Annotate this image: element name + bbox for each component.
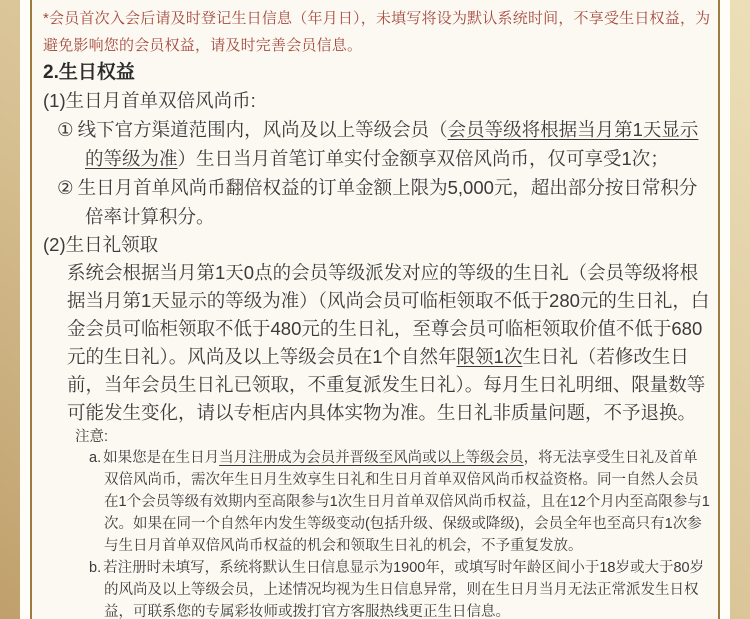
note-item-a: a.如果您是在生日月当月注册成为会员并晋级至风尚或以上等级会员，将无法享受生日礼… bbox=[75, 447, 712, 557]
section-title: 2.生日权益 bbox=[43, 59, 712, 87]
clause-2-title: (2)生日礼领取 bbox=[43, 231, 712, 259]
clause-1-items: ①线下官方渠道范围内，风尚及以上等级会员（会员等级将根据当月第1天显示的等级为准… bbox=[57, 115, 712, 231]
terms-panel: *会员首次入会后请及时登记生日信息（年月日），未填写将设为默认系统时间，不享受生… bbox=[30, 0, 720, 619]
clause-1-item-1: ①线下官方渠道范围内，风尚及以上等级会员（会员等级将根据当月第1天显示的等级为准… bbox=[57, 115, 712, 173]
notes-label: 注意: bbox=[75, 427, 712, 447]
circled-2-marker: ② bbox=[57, 177, 74, 198]
clause-1-item-2-text: 生日月首单风尚币翻倍权益的订单金额上限为5,000元，超出部分按日常积分倍率计算… bbox=[78, 177, 698, 227]
circled-1-marker: ① bbox=[57, 119, 74, 140]
birthday-info-notice: *会员首次入会后请及时登记生日信息（年月日），未填写将设为默认系统时间，不享受生… bbox=[43, 5, 712, 59]
terms-page: *会员首次入会后请及时登记生日信息（年月日），未填写将设为默认系统时间，不享受生… bbox=[0, 0, 750, 619]
note-a-text: 如果您是在生日月当月注册成为会员并晋级至风尚或以上等级会员，将无法享受生日礼及首… bbox=[103, 450, 710, 554]
clause-1-title: (1)生日月首单双倍风尚币: bbox=[43, 87, 712, 115]
note-a-marker: a. bbox=[89, 450, 101, 466]
note-item-b: b.若注册时未填写，系统将默认生日信息显示为1900年，或填写时年龄区间小于18… bbox=[75, 557, 712, 619]
notes-section: 注意: a.如果您是在生日月当月注册成为会员并晋级至风尚或以上等级会员，将无法享… bbox=[75, 427, 712, 619]
clause-2-paragraph: 系统会根据当月第1天0点的会员等级派发对应的等级的生日礼（会员等级将根据当月第1… bbox=[67, 259, 712, 427]
note-b-text: 若注册时未填写，系统将默认生日信息显示为1900年，或填写时年龄区间小于18岁或… bbox=[103, 560, 704, 619]
panel-mat: *会员首次入会后请及时登记生日信息（年月日），未填写将设为默认系统时间，不享受生… bbox=[20, 0, 730, 619]
clause-1-item-1-text: 线下官方渠道范围内，风尚及以上等级会员（会员等级将根据当月第1天显示的等级为准）… bbox=[78, 119, 699, 169]
clause-1-item-2: ②生日月首单风尚币翻倍权益的订单金额上限为5,000元，超出部分按日常积分倍率计… bbox=[57, 173, 712, 231]
note-b-marker: b. bbox=[89, 560, 101, 576]
